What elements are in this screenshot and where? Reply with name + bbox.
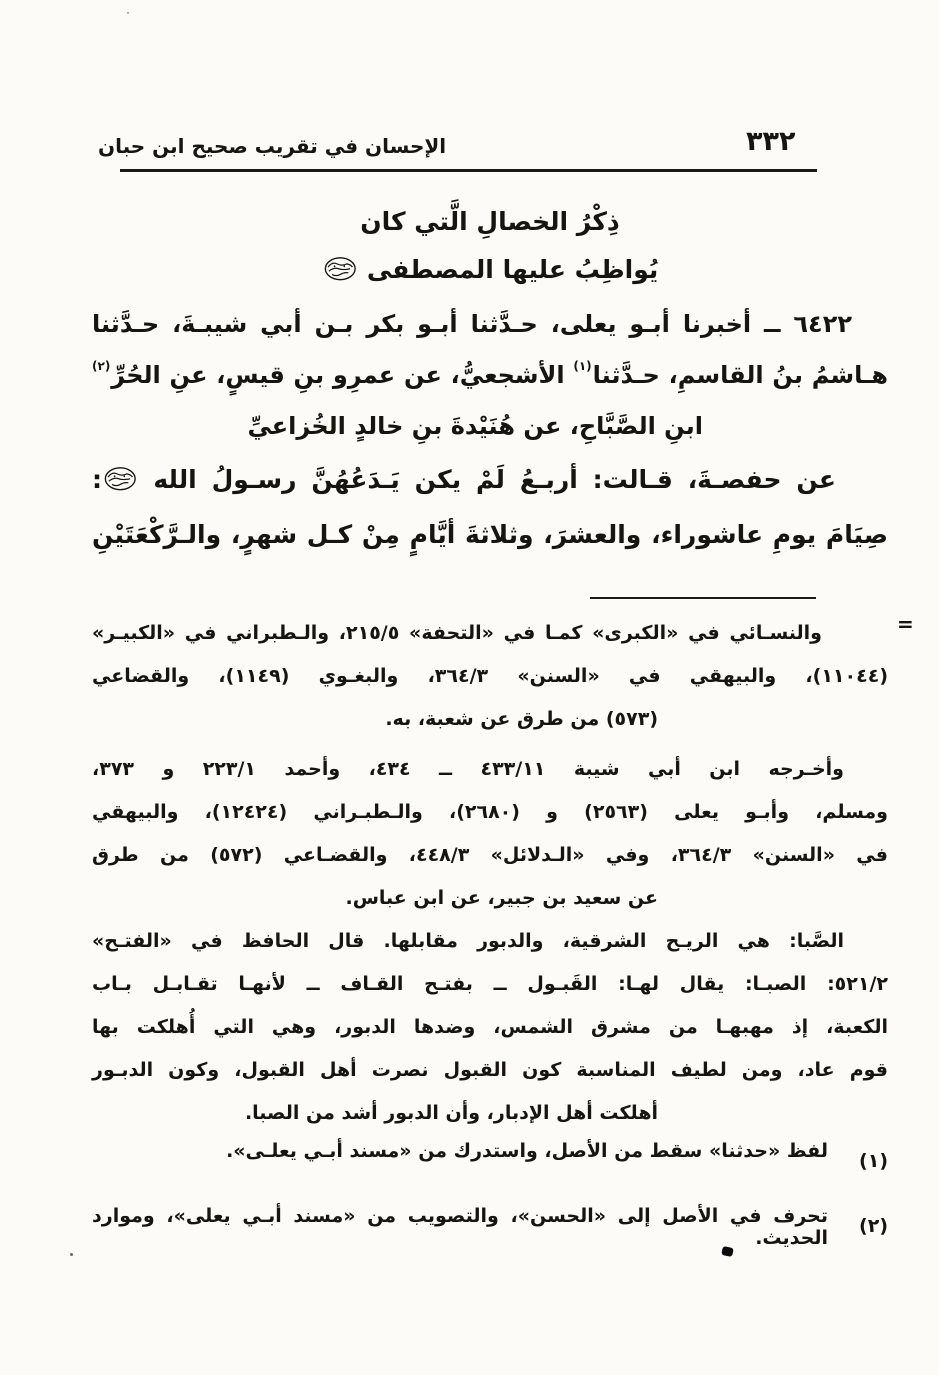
hadith-matn-paragraph: عن حفصـةَ، قـالت: أربـعُ لَمْ يكن يَـدَع… — [92, 452, 888, 562]
text-line: الكعبة، إذ مهبهـا من مشرق الشمس، وضدها ا… — [92, 1006, 888, 1049]
scan-speck — [70, 1253, 73, 1256]
text-line: ٥٢١/٢: الصبـا: يقال لهـا: القَبـول ــ بف… — [92, 963, 888, 1006]
scan-speck — [127, 12, 129, 14]
footnote-1-text: لفظ «حدثنا» سقط من الأصل، واستدرك من «مس… — [92, 1140, 828, 1183]
text-line: الصَّبا: هي الريـح الشرقية، والدبور مقاب… — [92, 920, 888, 963]
saba-explanation-paragraph: الصَّبا: هي الريـح الشرقية، والدبور مقاب… — [92, 920, 888, 1135]
text-line: والنسـائي في «الكبرى» كمـا في «التحفة» ٢… — [92, 612, 888, 655]
text-line: الحديث. — [92, 1227, 828, 1249]
text-line: (١١٠٤٤)، والبيهقي في «السنن» ٣٦٤/٣، والب… — [92, 655, 888, 698]
text-line: هـاشمُ بنُ القاسمِ، حـدَّثنا(١) الأشجعيُ… — [92, 350, 888, 401]
footnote-continuation-marker: = — [897, 612, 914, 636]
text-line: يُواظِبُ عليها المصطفى — [92, 246, 888, 294]
text-line: ذِكْرُ الخصالِ الَّتي كان — [92, 198, 888, 246]
text-line: ابنِ الصَّبَّاحِ، عن هُنَيْدةَ بنِ خالدٍ… — [92, 401, 888, 452]
chapter-heading: ذِكْرُ الخصالِ الَّتي كانيُواظِبُ عليها … — [92, 198, 888, 294]
footnote-1: (١) لفظ «حدثنا» سقط من الأصل، واستدرك من… — [92, 1140, 888, 1183]
footnote-1-number: (١) — [828, 1140, 888, 1183]
pbuh-seal-icon — [104, 466, 137, 492]
text-line: تحرف في الأصل إلى «الحسن»، والتصويب من «… — [92, 1205, 828, 1227]
footnote-2-text: تحرف في الأصل إلى «الحسن»، والتصويب من «… — [92, 1205, 828, 1249]
footnote-ref-marker: (١) — [573, 359, 591, 373]
text-line: أهلكت أهل الإدبار، وأن الدبور أشد من الص… — [92, 1092, 888, 1135]
takhrij-paragraph-2: وأخـرجه ابن أبي شيبة ٤٣٣/١١ ــ ٤٣٤، وأحم… — [92, 748, 888, 920]
text-line: عن سعيد بن جبير، عن ابن عباس. — [92, 877, 888, 920]
text-line: قوم عاد، ومن لطيف المناسبة كون القبول نص… — [92, 1049, 888, 1092]
text-line: صِيَامَ يومِ عاشوراء، والعشرَ، وثلاثةَ أ… — [92, 507, 888, 562]
footnote-separator-rule — [590, 597, 816, 599]
text-line: لفظ «حدثنا» سقط من الأصل، واستدرك من «مس… — [92, 1140, 828, 1162]
text-block: ذِكْرُ الخصالِ الَّتي كانيُواظِبُ عليها … — [92, 0, 888, 1375]
text-line: في «السنن» ٣٦٤/٣، وفي «الـدلائل» ٤٤٨/٣، … — [92, 834, 888, 877]
text-line: (٥٧٣) من طرق عن شعبة، به. — [92, 698, 888, 741]
hadith-isnad-paragraph: ٦٤٢٢ ــ أخبرنا أبـو يعلى، حـدَّثنا أبـو … — [92, 299, 888, 452]
text-line: عن حفصـةَ، قـالت: أربـعُ لَمْ يكن يَـدَع… — [92, 452, 888, 507]
book-page: الإحسان في تقريب صحيح ابن حبان ٣٣٢ ذِكْر… — [0, 0, 939, 1375]
footnote-2-number: (٢) — [828, 1205, 888, 1248]
text-line: وأخـرجه ابن أبي شيبة ٤٣٣/١١ ــ ٤٣٤، وأحم… — [92, 748, 888, 791]
takhrij-paragraph-1: والنسـائي في «الكبرى» كمـا في «التحفة» ٢… — [92, 612, 888, 741]
footnote-2: (٢) تحرف في الأصل إلى «الحسن»، والتصويب … — [92, 1205, 888, 1249]
pbuh-seal-icon — [324, 256, 357, 282]
text-line: ٦٤٢٢ ــ أخبرنا أبـو يعلى، حـدَّثنا أبـو … — [92, 299, 888, 350]
footnote-ref-marker: (٢) — [92, 359, 110, 373]
text-line: ومسلم، وأبـو يعلى (٢٥٦٣) و (٢٦٨٠)، والـط… — [92, 791, 888, 834]
